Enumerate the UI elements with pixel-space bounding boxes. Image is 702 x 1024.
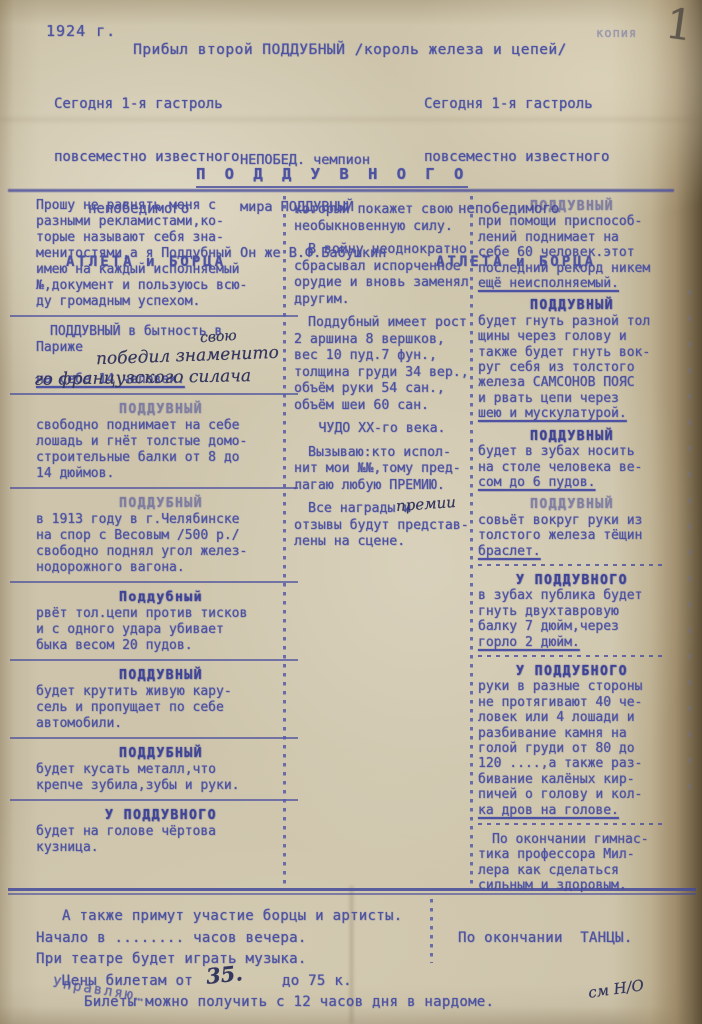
text-line: последний рекорд никем xyxy=(478,261,666,276)
text-line: По окончании гимнас- xyxy=(478,832,666,847)
text-line: необыкновенную силу. xyxy=(294,219,470,236)
text-line: руки в разные стороны xyxy=(478,679,666,694)
text-line: 14 дюймов. xyxy=(36,466,286,482)
text-block: У ПОДДУВНОГОв зубах публика будетгнуть д… xyxy=(478,573,666,657)
text-line: ПОДДУВНЫЙ в бытность в xyxy=(36,324,286,340)
footer-divider-dotted xyxy=(430,899,433,963)
text-line: бивание калёных кир- xyxy=(478,772,666,787)
column-divider-right xyxy=(470,196,473,888)
header-rule xyxy=(8,189,674,192)
billing-line: Сегодня 1-я гастроль xyxy=(424,96,654,114)
text-line: толщина груди 34 вер., xyxy=(294,365,470,382)
text-line: совьёт вокруг руки из xyxy=(478,513,666,528)
text-line: лошадь и гнёт толстые домо- xyxy=(36,434,286,450)
text-block: ЧУДО ХХ-го века. xyxy=(294,421,470,438)
column-divider-left xyxy=(283,196,286,888)
text-block: Поддубный имеет рост2 аршина 8 вершков,в… xyxy=(294,315,470,414)
text-block: По окончании гимнас-тика профессора Мил-… xyxy=(478,832,666,894)
text-line: Прошу не равнять меня с xyxy=(36,198,286,214)
text-line: имею на каждый исполняемый xyxy=(36,262,286,278)
main-title: П О Д Д У В Н О Г О xyxy=(196,165,468,188)
page-number: 1 xyxy=(663,0,696,51)
text-line: толстого железа тёщин xyxy=(478,528,666,543)
text-block: ПОДДУВНЫЙбудет крутить живую кару-сель и… xyxy=(36,668,286,739)
text-line: свободно поднял угол желез- xyxy=(36,544,286,560)
block-separator xyxy=(478,823,666,825)
text-block: ПОДДУВНЫЙсовьёт вокруг руки изтолстого ж… xyxy=(478,497,666,566)
arrival-line: Прибыл второй ПОДДУБНЫЙ /король железа и… xyxy=(40,42,660,58)
text-block: В войну неоднократносбрасывал испорченно… xyxy=(294,242,470,308)
block-separator xyxy=(10,659,298,661)
year-label: 1924 г. xyxy=(46,22,116,40)
text-line: свободно поднимает на себе xyxy=(36,418,286,434)
handwriting-insert-line2: го французского силача xyxy=(34,366,251,390)
text-line: в зубах публика будет xyxy=(478,588,666,603)
text-line: разными рекламистами,ко- xyxy=(36,214,286,230)
text-line: нодорожного вагона. xyxy=(36,560,286,576)
text-line: №,документ и пользуюсь всю- xyxy=(36,278,286,294)
text-line: который покажет свою xyxy=(294,202,470,219)
text-line: горло 2 дюйм. xyxy=(478,635,666,650)
text-line: строительные балки от 8 до xyxy=(36,450,286,466)
text-block: ПОДДУВНЫЙбудет в зубах носитьна столе че… xyxy=(478,429,666,491)
text-line: пичей о голову и кол- xyxy=(478,787,666,802)
text-block: ПОДДУБНЫЙв 1913 году в г.Челябинскена сп… xyxy=(36,496,286,583)
handwriting-price: 35. xyxy=(205,960,244,989)
text-line: 120 ....,а также раз- xyxy=(478,756,666,771)
text-block: ПОДДУБНЫЙбудет кусать металл,чтокрепче з… xyxy=(36,746,286,801)
copy-stamp: копия xyxy=(596,26,637,40)
block-header: ПОДДУВНЫЙ xyxy=(478,199,666,214)
text-line: сильным и здоровым. xyxy=(478,878,666,893)
text-line: автомобили. xyxy=(36,716,286,732)
footer-rule-bottom xyxy=(8,893,696,895)
text-line: сом до 6 пудов. xyxy=(478,475,666,490)
text-block: ПОДДУВНЫЙсвободно поднимает на себелошад… xyxy=(36,402,286,489)
poster-photo: 1924 г. копия 1 Прибыл второй ПОДДУБНЫЙ … xyxy=(0,0,702,1024)
text-line: сбрасывал испорченное xyxy=(294,259,470,276)
text-line: орудие и вновь заменял xyxy=(294,275,470,292)
text-line: щины через голову и xyxy=(478,329,666,344)
block-header: Поддубный xyxy=(36,590,286,606)
text-line: тика профессора Мил- xyxy=(478,847,666,862)
text-line: лений поднимает на xyxy=(478,230,666,245)
text-line: крепче зубила,зубы и руки. xyxy=(36,778,286,794)
text-line: В войну неоднократно xyxy=(294,242,470,259)
text-line: будет крутить живую кару- xyxy=(36,684,286,700)
text-line: на столе человека ве- xyxy=(478,460,666,475)
text-block: который покажет своюнеобыкновенную силу. xyxy=(294,202,470,235)
text-line: объём руки 54 сан., xyxy=(294,381,470,398)
text-line: ещё неисполняемый. xyxy=(478,276,666,291)
billing-line: Сегодня 1-я гастроль xyxy=(54,96,284,114)
text-line: железа САМСОНОВ ПОЯС xyxy=(478,375,666,390)
text-line: торые называют себя зна- xyxy=(36,230,286,246)
block-separator xyxy=(10,315,298,317)
text-line: в 1913 году в г.Челябинске xyxy=(36,512,286,528)
text-block: Вызываю:кто испол-нит мои №№,тому пред-л… xyxy=(294,445,470,495)
text-line: вес 10 пуд.7 фун., xyxy=(294,348,470,365)
text-line: и рвать цепи через xyxy=(478,391,666,406)
text-line: также будет гнуть вок- xyxy=(478,345,666,360)
text-block: Прошу не равнять меня сразными рекламист… xyxy=(36,198,286,317)
billing-line: повсеместно известного xyxy=(424,149,654,167)
text-line: будет в зубах носить xyxy=(478,444,666,459)
text-line: будет кусать металл,что xyxy=(36,762,286,778)
text-line: гнуть двухтавровую xyxy=(478,604,666,619)
block-header: У ПОДДУБНОГО xyxy=(478,664,666,679)
block-header: ПОДДУВНЫЙ xyxy=(478,429,666,444)
block-separator xyxy=(10,393,298,395)
column-right: ПОДДУВНЫЙпри помощи приспособ-лений подн… xyxy=(478,199,666,901)
footer-dances: По окончании ТАНЦЫ. xyxy=(458,930,633,946)
block-header: ПОДДУВНЫЙ xyxy=(36,668,286,684)
handwriting-note-right: см Н/О xyxy=(587,976,645,1002)
text-line: ду громадным успехом. xyxy=(36,294,286,310)
text-line: отзывы будут представ- xyxy=(294,518,470,535)
ink-bleed-dots xyxy=(688,290,691,810)
footer-start-time: Начало в ........ часов вечера. xyxy=(36,930,307,946)
column-left: Прошу не равнять меня сразными рекламист… xyxy=(36,198,286,863)
text-block: У ПОДДУБНОГОруки в разные стороныне прот… xyxy=(478,664,666,825)
block-separator xyxy=(478,655,666,657)
block-header: У ПОДДУВНОГО xyxy=(36,808,286,824)
text-line: при помощи приспособ- xyxy=(478,214,666,229)
text-line: на спор с Весовым /500 р./ xyxy=(36,528,286,544)
block-header: У ПОДДУВНОГО xyxy=(478,573,666,588)
block-header: ПОДДУБНЫЙ xyxy=(36,746,286,762)
block-header: ПОДДУВНЫЙ xyxy=(478,298,666,313)
text-line: быка весом 20 пудов. xyxy=(36,638,286,654)
text-line: ЧУДО ХХ-го века. xyxy=(294,421,470,438)
block-header: ПОДДУВНЫЙ xyxy=(36,402,286,418)
text-line: балку 7 дюйм,через xyxy=(478,619,666,634)
text-block: ПОДДУВНЫЙбудет гнуть разной толщины чере… xyxy=(478,298,666,421)
text-line: 2 аршина 8 вершков, xyxy=(294,332,470,349)
block-separator xyxy=(10,487,298,489)
text-line: ловек или 4 лошади и xyxy=(478,710,666,725)
text-line: браслет. xyxy=(478,544,666,559)
text-line: лены на сцене. xyxy=(294,534,470,551)
text-line: себе 60 человек.этот xyxy=(478,245,666,260)
text-line: ка дров на голове. xyxy=(478,803,666,818)
text-line: шею и мускулатурой. xyxy=(478,406,666,421)
text-line: другим. xyxy=(294,292,470,309)
block-separator xyxy=(478,564,666,566)
text-line: объём шеи 60 сан. xyxy=(294,398,470,415)
text-block: ПОДДУВНЫЙпри помощи приспособ-лений подн… xyxy=(478,199,666,291)
text-line: и с одного удара убивает xyxy=(36,622,286,638)
block-separator xyxy=(10,799,298,801)
text-line: Поддубный имеет рост xyxy=(294,315,470,332)
text-line: рвёт тол.цепи против тисков xyxy=(36,606,286,622)
block-header: ПОДДУБНЫЙ xyxy=(36,496,286,512)
text-line: нит мои №№,тому пред- xyxy=(294,461,470,478)
text-line: будет гнуть разной тол xyxy=(478,314,666,329)
text-line: менитостями,а я Поддубный xyxy=(36,246,286,262)
text-line: лера как сделаться xyxy=(478,863,666,878)
block-separator xyxy=(10,737,298,739)
text-line: сель и пропущает по себе xyxy=(36,700,286,716)
text-block: Поддубныйрвёт тол.цепи против тискови с … xyxy=(36,590,286,661)
footer-price-suffix: до 75 к. xyxy=(282,973,352,989)
footer-participants: А также примут участие борцы и артисты. xyxy=(62,908,402,924)
text-line: разбивание камня на xyxy=(478,726,666,741)
block-separator xyxy=(10,581,298,583)
text-line: будет на голове чёртова xyxy=(36,824,286,840)
text-line: кузница. xyxy=(36,840,286,856)
text-line: руг себя из толстого xyxy=(478,360,666,375)
text-block: У ПОДДУВНОГОбудет на голове чёртовакузни… xyxy=(36,808,286,856)
text-line: Вызываю:кто испол- xyxy=(294,445,470,462)
footer-music: При театре будет играть музыка. xyxy=(36,951,307,967)
text-line: не протягивают 40 че- xyxy=(478,695,666,710)
footer-rule-top xyxy=(8,888,696,891)
text-line: голой груди от 80 до xyxy=(478,741,666,756)
block-header: ПОДДУВНЫЙ xyxy=(478,497,666,512)
text-line: лагаю любую ПРЕМИЮ. xyxy=(294,478,470,495)
